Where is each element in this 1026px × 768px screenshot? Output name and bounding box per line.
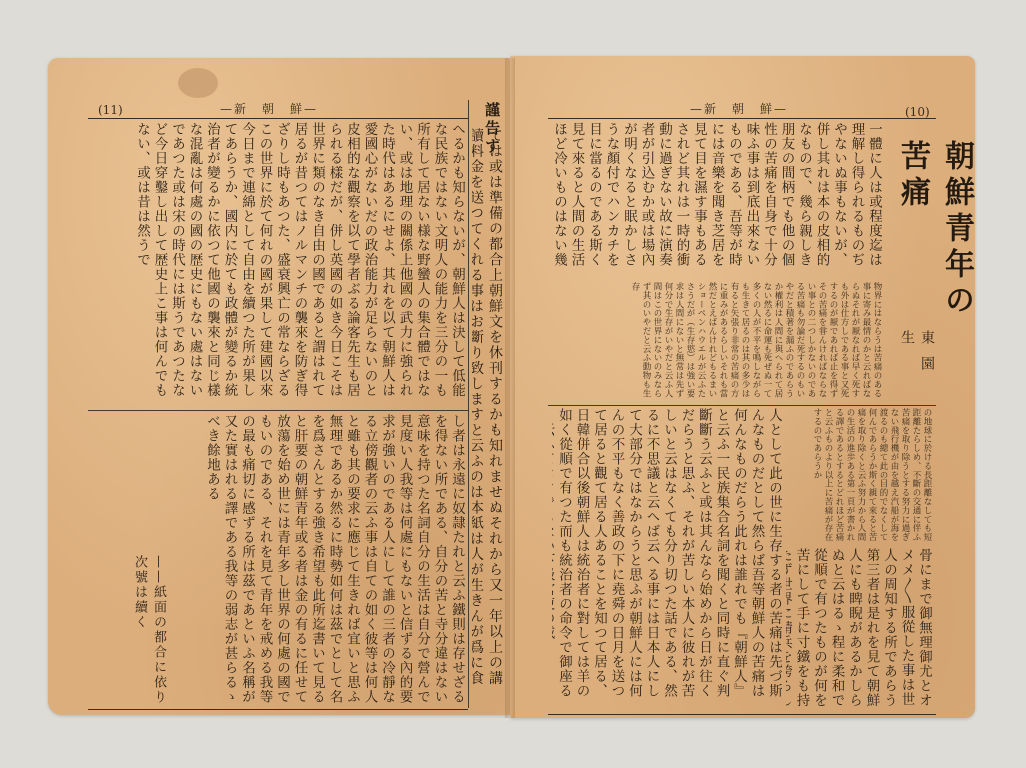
right-upper-small-text: 物界にはならうは苦痛のある事に寄み最情のかと云ればならぬそれが厭なれば早く死すも… xyxy=(552,282,882,402)
continued-footnote: ——紙面の都合に依り次號は續く xyxy=(130,555,168,705)
article-author: 東園生 xyxy=(897,330,937,400)
book-gutter xyxy=(505,58,515,718)
right-lower-small-text: の地球に於ける長距離なしても短距離たらしめ、不斷の交通に伴ふ苦痛を取り除うとする… xyxy=(786,408,932,544)
right-upper-article-text: 一體に人は或程度迄は理解し得られるものぢやないぬ事もないが、併し其れは本の皮相的… xyxy=(552,122,882,276)
right-running-header: —新 朝 鮮— xyxy=(690,100,788,117)
right-lower-article-text-2: 骨にまで御無理御尤とオメメ〳〵服從した事は世人の周知する所であらう第三者は是れを… xyxy=(786,548,932,708)
left-mid-rule xyxy=(88,410,468,411)
notice-body: ては或は準備の都合上朝鮮文を休刊するかも知れませぬそれから又一年以上の講讀料金を… xyxy=(472,128,504,688)
left-running-header: —新 朝 鮮— xyxy=(220,100,318,117)
left-page-number: (11) xyxy=(98,103,123,117)
right-lower-article-text: 人として此の世に生存する者の苦痛は先づ斯んなものだとして然らば吾等朝鮮人の苦痛は… xyxy=(552,408,782,708)
left-upper-article-text: へるかも知らないが、朝鮮人は決して低能な民族ではない文明人の能力を三分の一も所有… xyxy=(93,122,465,406)
water-stain xyxy=(178,68,218,98)
article-title: 朝鮮青年の苦痛 xyxy=(890,140,978,320)
notice-divider xyxy=(468,100,469,708)
right-mid-rule xyxy=(548,405,936,406)
right-page-number: (10) xyxy=(905,105,930,119)
